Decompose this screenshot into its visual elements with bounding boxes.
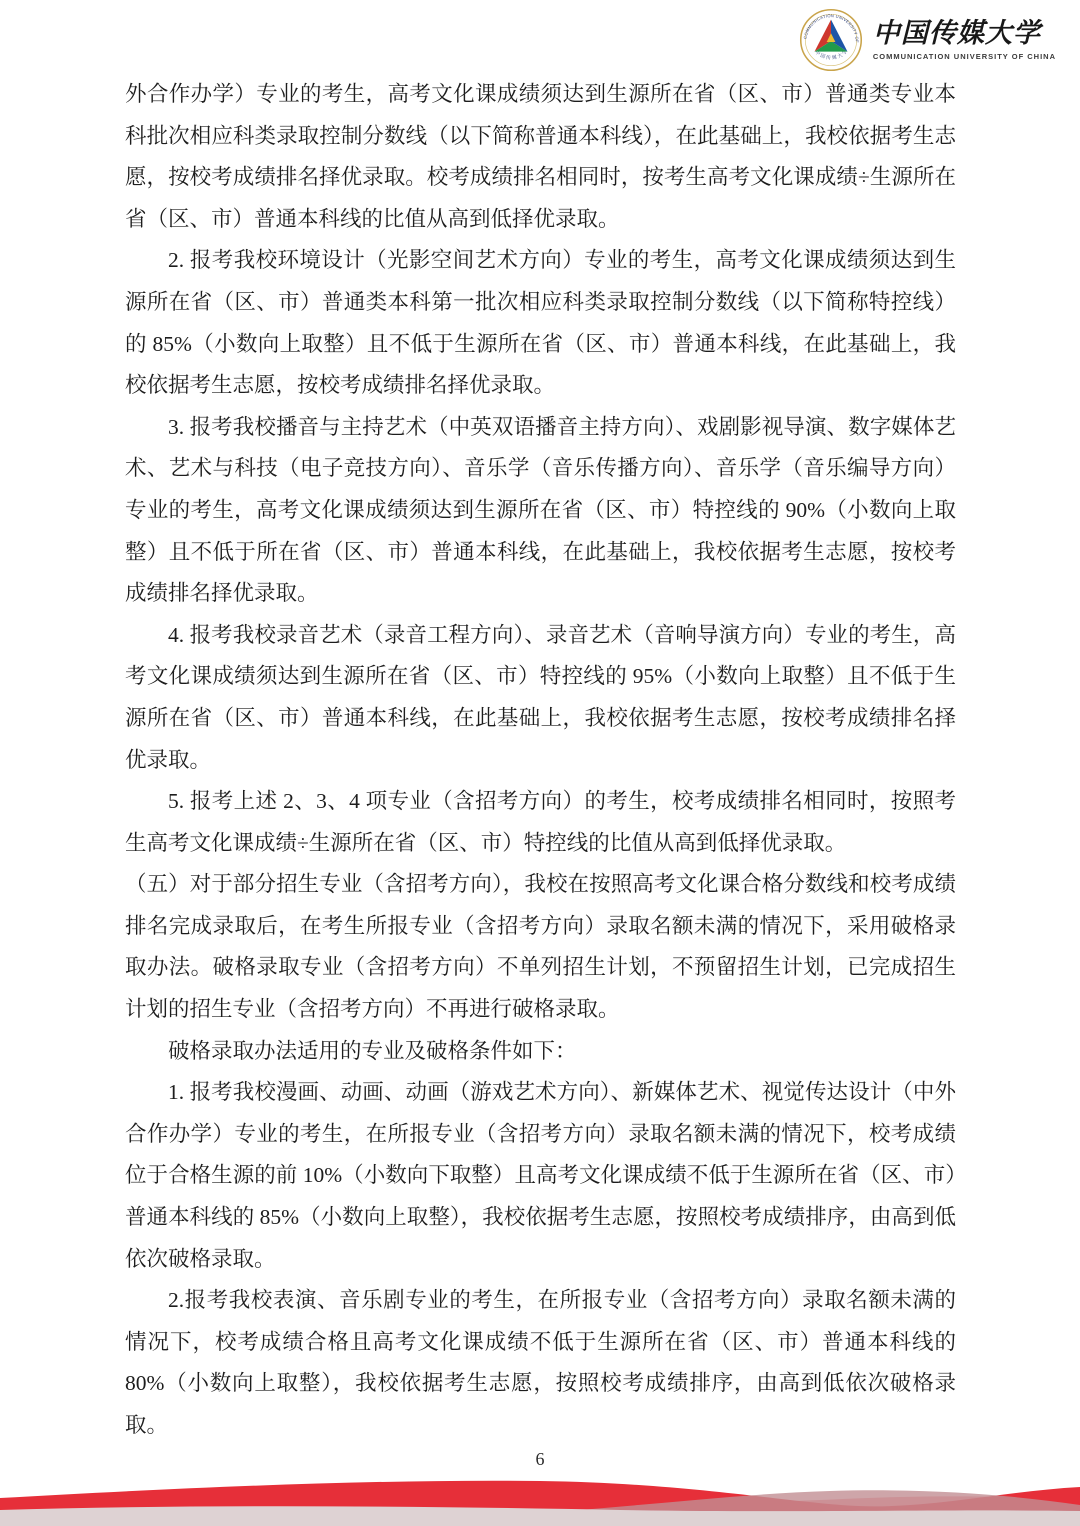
body-paragraph: 2. 报考我校环境设计（光影空间艺术方向）专业的考生，高考文化课成绩须达到生源所… — [125, 240, 956, 406]
body-paragraph: 3. 报考我校播音与主持艺术（中英双语播音主持方向）、戏剧影视导演、数字媒体艺术… — [125, 407, 956, 615]
document-body: 外合作办学）专业的考生，高考文化课成绩须达到生源所在省（区、市）普通类专业本科批… — [125, 74, 956, 1447]
university-logo: COMMUNICATION UNIVERSITY OF CHINA 中国传媒大学… — [799, 8, 1056, 72]
body-paragraph: 2.报考我校表演、音乐剧专业的考生，在所报专业（含招考方向）录取名额未满的情况下… — [125, 1280, 956, 1446]
body-paragraph: 破格录取办法适用的专业及破格条件如下： — [125, 1031, 956, 1073]
university-name-block: 中国传媒大学 COMMUNICATION UNIVERSITY OF CHINA — [873, 19, 1056, 61]
university-name-zh: 中国传媒大学 — [873, 19, 1041, 49]
footer-wave-decoration — [0, 1466, 1080, 1526]
university-name-en: COMMUNICATION UNIVERSITY OF CHINA — [873, 52, 1056, 61]
body-paragraph: （五）对于部分招生专业（含招考方向），我校在按照高考文化课合格分数线和校考成绩排… — [125, 864, 956, 1030]
body-paragraph: 5. 报考上述 2、3、4 项专业（含招考方向）的考生，校考成绩排名相同时，按照… — [125, 781, 956, 864]
body-paragraph: 外合作办学）专业的考生，高考文化课成绩须达到生源所在省（区、市）普通类专业本科批… — [125, 74, 956, 240]
body-paragraph: 1. 报考我校漫画、动画、动画（游戏艺术方向）、新媒体艺术、视觉传达设计（中外合… — [125, 1072, 956, 1280]
page-number: 6 — [0, 1449, 1080, 1470]
body-paragraph: 4. 报考我校录音艺术（录音工程方向）、录音艺术（音响导演方向）专业的考生，高考… — [125, 615, 956, 781]
university-emblem-icon: COMMUNICATION UNIVERSITY OF CHINA 中国传媒大学 — [799, 8, 863, 72]
document-page: COMMUNICATION UNIVERSITY OF CHINA 中国传媒大学… — [0, 0, 1080, 1526]
